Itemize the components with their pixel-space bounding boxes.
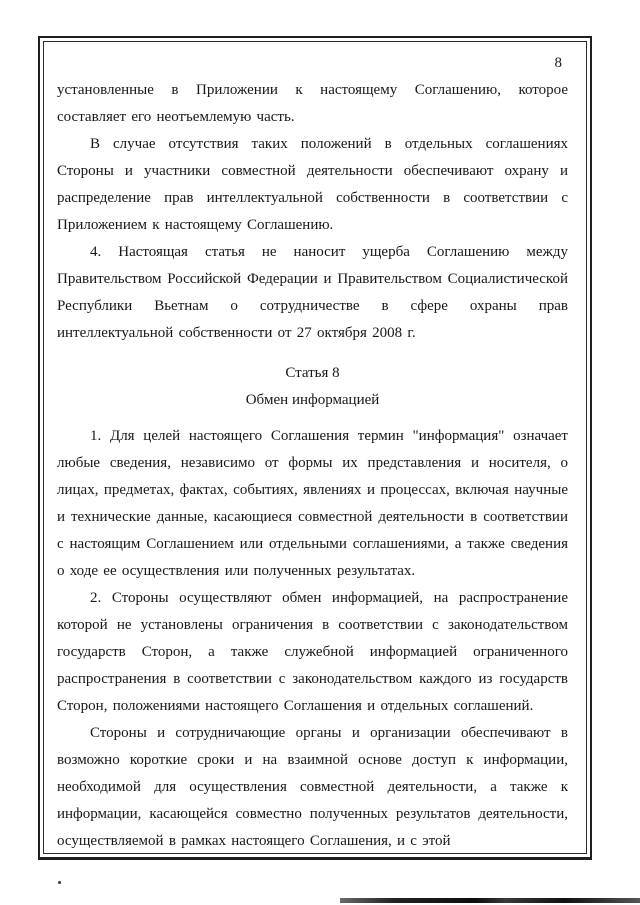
paragraph-clause-2: 2. Стороны осуществляют обмен информацие… <box>57 585 568 720</box>
article-heading: Статья 8 <box>57 360 568 387</box>
scan-artifact-bar <box>340 898 640 903</box>
paragraph-continuation: установленные в Приложении к настоящему … <box>57 77 568 131</box>
page-number: 8 <box>57 50 568 77</box>
scan-speck-dot <box>58 881 61 884</box>
page-border-frame-inner: 8 установленные в Приложении к настоящем… <box>43 41 587 854</box>
article-subtitle: Обмен информацией <box>57 387 568 414</box>
paragraph-clause-1: 1. Для целей настоящего Соглашения терми… <box>57 423 568 585</box>
scanned-document-page: 8 установленные в Приложении к настоящем… <box>0 0 640 905</box>
page-border-frame: 8 установленные в Приложении к настоящем… <box>38 36 592 860</box>
paragraph-clause-4: 4. Настоящая статья не наносит ущерба Со… <box>57 239 568 347</box>
paragraph: В случае отсутствия таких положений в от… <box>57 131 568 239</box>
paragraph: Стороны и сотрудничающие органы и органи… <box>57 720 568 854</box>
